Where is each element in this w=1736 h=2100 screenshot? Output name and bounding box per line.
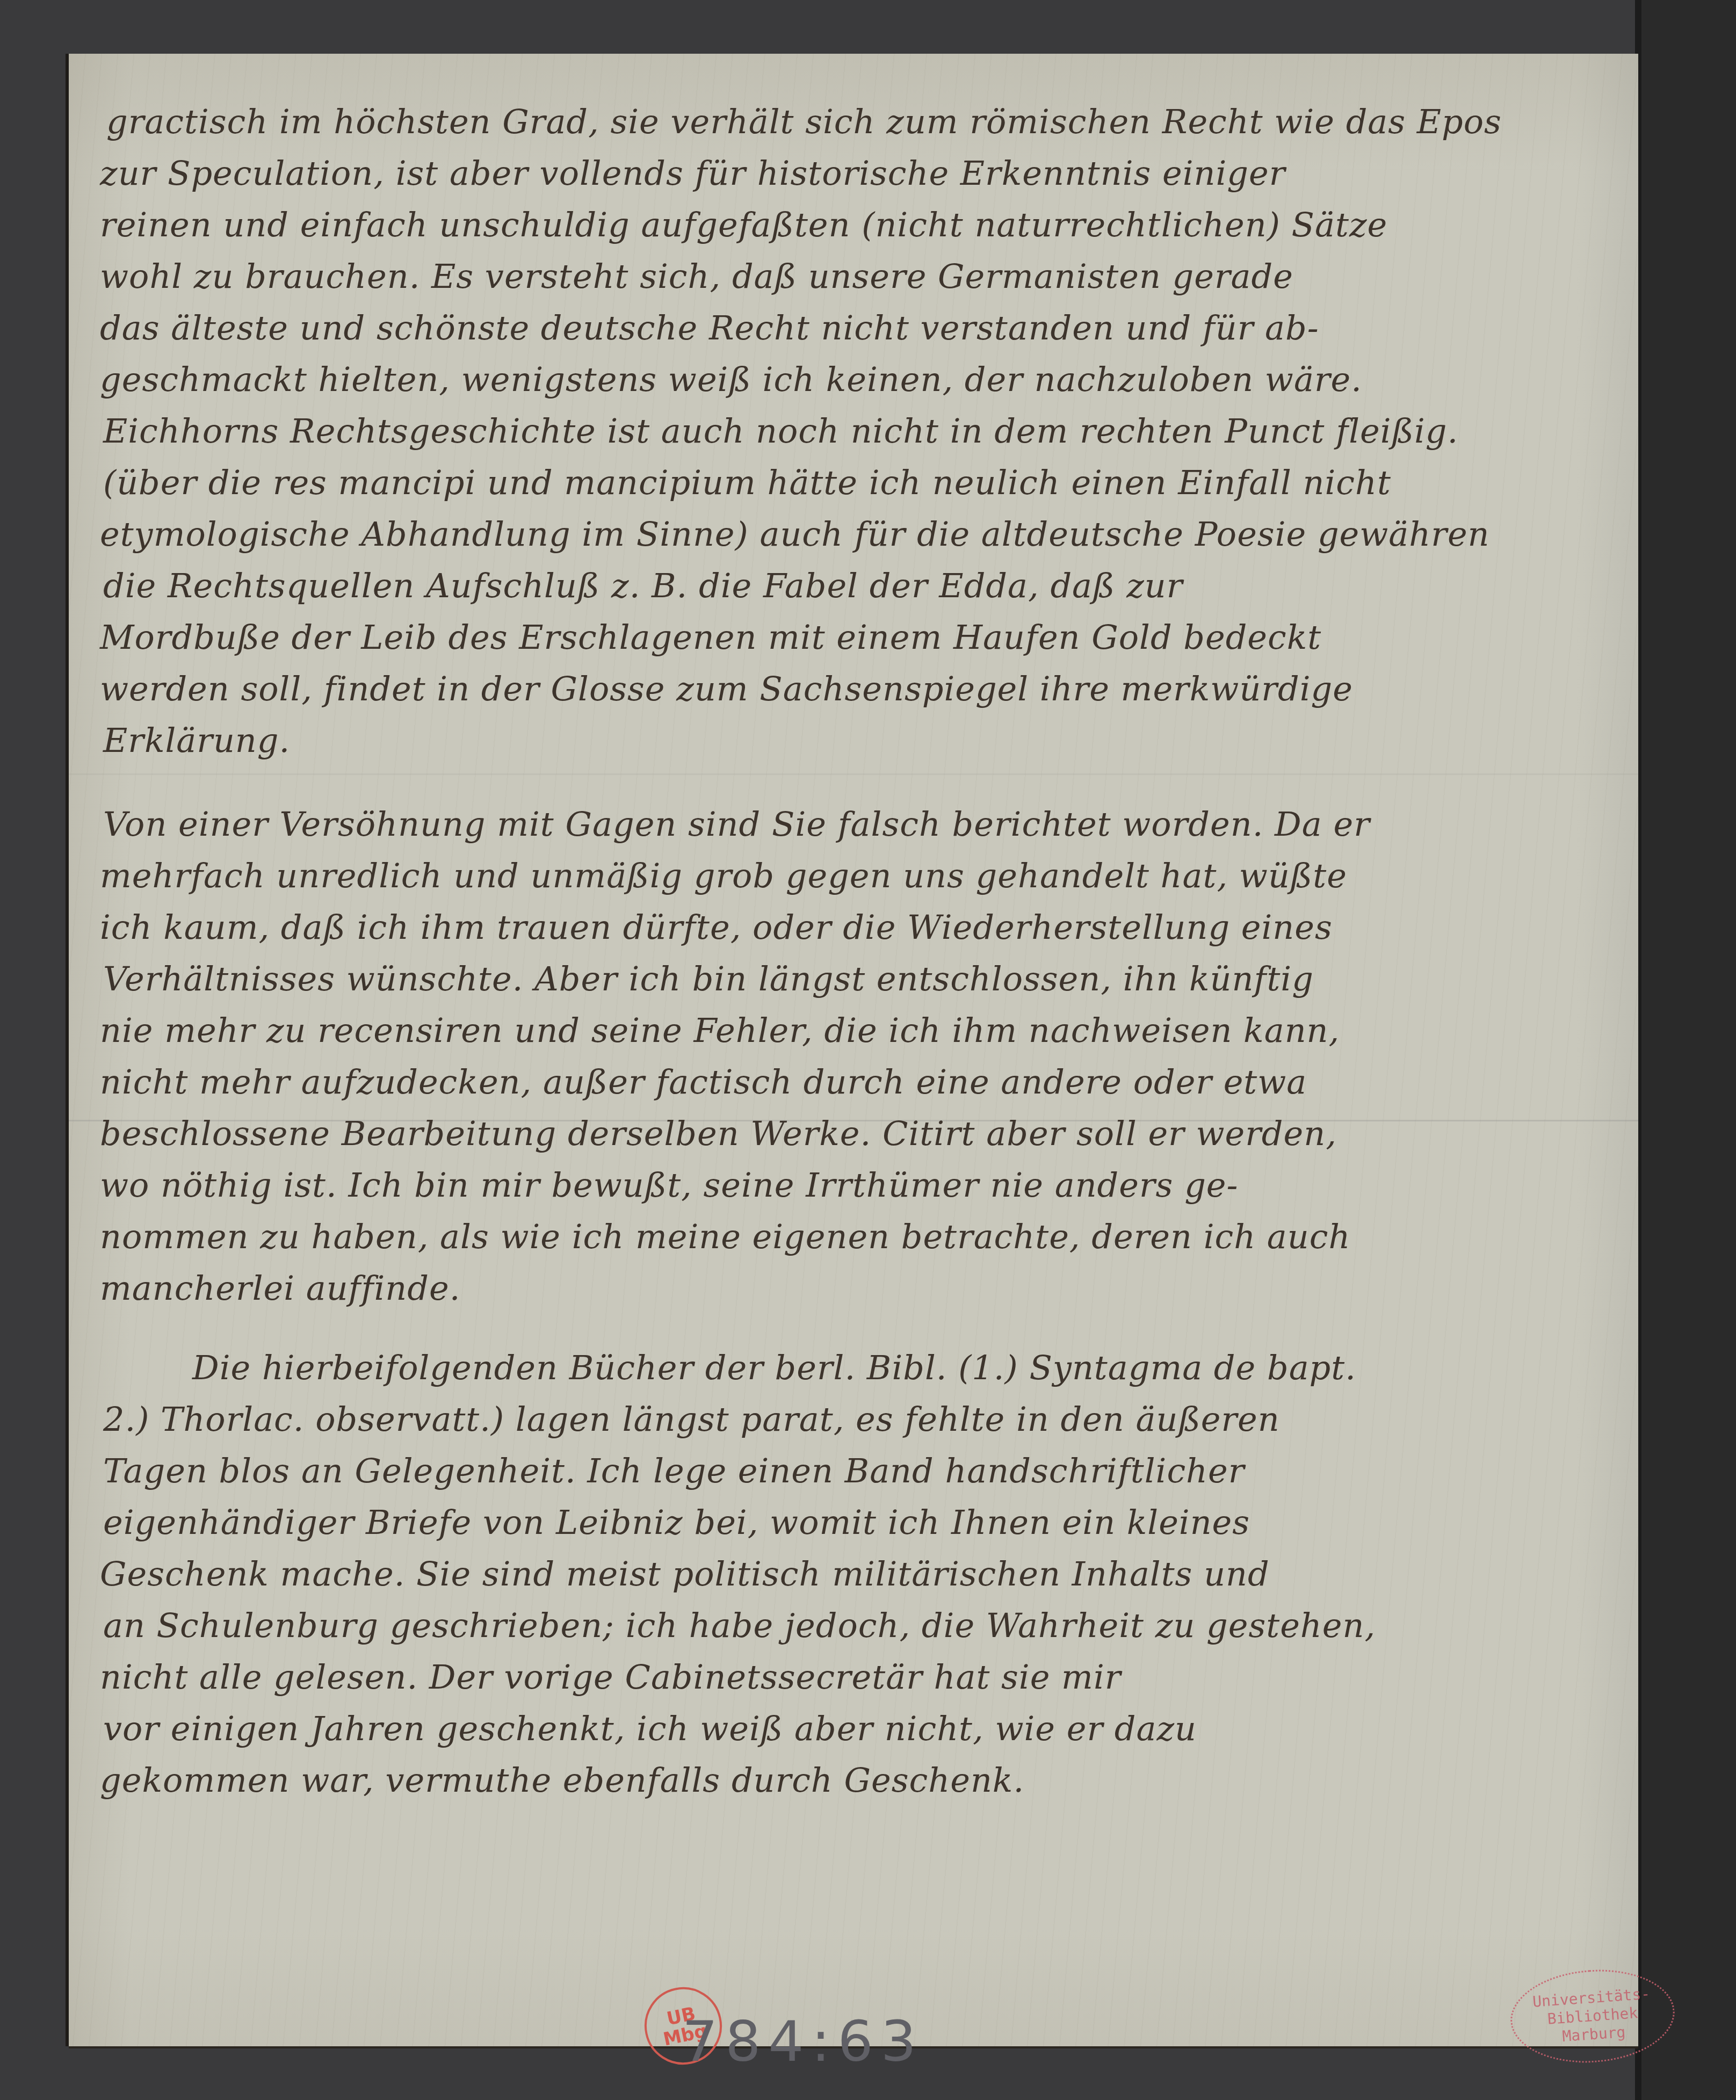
text-line: Mordbuße der Leib des Erschlagenen mit e… <box>100 618 1321 657</box>
text-line: (über die res mancipi und mancipium hätt… <box>103 463 1391 502</box>
text-line: das älteste und schönste deutsche Recht … <box>100 308 1319 347</box>
text-line: Verhältnisses wünschte. Aber ich bin län… <box>103 959 1314 998</box>
text-line: wo nöthig ist. Ich bin mir bewußt, seine… <box>100 1165 1238 1205</box>
text-line: gekommen war, vermuthe ebenfalls durch G… <box>100 1761 1024 1800</box>
text-line: nicht mehr aufzudecken, außer factisch d… <box>100 1062 1307 1102</box>
text-line: nicht alle gelesen. Der vorige Cabinetss… <box>100 1657 1121 1697</box>
text-line: ich kaum, daß ich ihm trauen dürfte, ode… <box>100 908 1333 947</box>
text-line: werden soll, findet in der Glosse zum Sa… <box>100 669 1353 708</box>
text-line: eigenhändiger Briefe von Leibniz bei, wo… <box>103 1503 1250 1542</box>
text-line: vor einigen Jahren geschenkt, ich weiß a… <box>103 1709 1197 1748</box>
text-line: mehrfach unredlich und unmäßig grob gege… <box>100 856 1347 895</box>
text-line: nommen zu haben, als wie ich meine eigen… <box>100 1217 1350 1256</box>
shelfmark-pencil-note: 784:63 <box>682 2009 924 2074</box>
text-line: gractisch im höchsten Grad, sie verhält … <box>106 102 1502 141</box>
text-line: die Rechtsquellen Aufschluß z. B. die Fa… <box>103 566 1183 605</box>
text-line: geschmackt hielten, wenigstens weiß ich … <box>100 360 1362 399</box>
paper-fold-crease <box>69 773 1638 775</box>
text-line: beschlossene Bearbeitung derselben Werke… <box>100 1114 1337 1153</box>
text-line: etymologische Abhandlung im Sinne) auch … <box>100 515 1490 554</box>
text-line: Erklärung. <box>103 721 290 760</box>
scanner-backdrop <box>1641 0 1736 2100</box>
text-line: wohl zu brauchen. Es versteht sich, daß … <box>100 257 1293 296</box>
text-line: nie mehr zu recensiren und seine Fehler,… <box>100 1011 1340 1050</box>
letter-page: gractisch im höchsten Grad, sie verhält … <box>69 54 1638 2046</box>
text-line: an Schulenburg geschrieben; ich habe jed… <box>103 1606 1376 1645</box>
text-line: Tagen blos an Gelegenheit. Ich lege eine… <box>103 1451 1245 1490</box>
text-line: zur Speculation, ist aber vollends für h… <box>100 154 1285 193</box>
text-line: 2.) Thorlac. observatt.) lagen längst pa… <box>103 1400 1280 1439</box>
text-line: reinen und einfach unschuldig aufgefaßte… <box>100 205 1387 244</box>
stamp-text: Marburg <box>1561 2023 1626 2046</box>
text-line: Die hierbeifolgenden Bücher der berl. Bi… <box>192 1348 1356 1387</box>
text-line: Eichhorns Rechtsgeschichte ist auch noch… <box>103 411 1458 451</box>
text-line: mancherlei auffinde. <box>100 1269 460 1308</box>
text-line: Von einer Versöhnung mit Gagen sind Sie … <box>103 805 1370 844</box>
text-line: Geschenk mache. Sie sind meist politisch… <box>100 1554 1270 1594</box>
